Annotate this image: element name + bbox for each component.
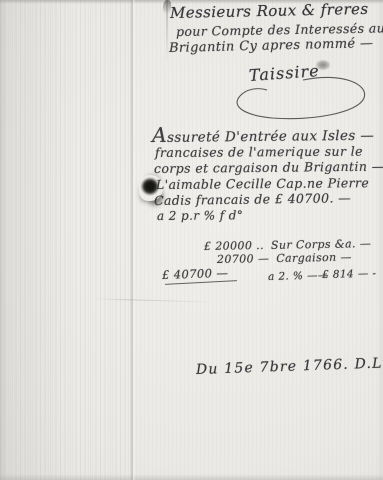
- date-line: Du 15e 7bre 1766. D.L.C: [196, 355, 383, 378]
- account-total-rate: a 2. % ——: [268, 269, 329, 283]
- signature-name: Taissire: [248, 61, 320, 85]
- manuscript-page: Messieurs Roux & freres pour Compte des …: [0, 0, 383, 480]
- account-amount: £ 20000 ..: [204, 239, 264, 253]
- body-line-5: Cadis francais de £ 40700. —: [154, 190, 351, 208]
- body-line-2: francaises de l'amerique sur le: [155, 144, 363, 160]
- folded-left-margin: [0, 0, 133, 480]
- fold-crease: [130, 0, 135, 480]
- heading-line-3: Brigantin Cy apres nommé —: [169, 36, 374, 56]
- heading-line-1: Messieurs Roux & freres: [170, 0, 369, 22]
- body-line-3: corps et cargaison du Brigantin —: [154, 159, 383, 176]
- account-total-amount: £ 40700 —: [162, 266, 229, 282]
- account-row: 20700 — Cargaison —: [217, 251, 352, 266]
- account-label: Cargaison —: [276, 251, 352, 265]
- account-label: Sur Corps &a. —: [271, 237, 371, 252]
- body-line-6: a 2 p.r % f d°: [157, 208, 243, 223]
- account-total-premium: £ 814 — -: [322, 268, 377, 281]
- account-amount: 20700 —: [217, 252, 270, 266]
